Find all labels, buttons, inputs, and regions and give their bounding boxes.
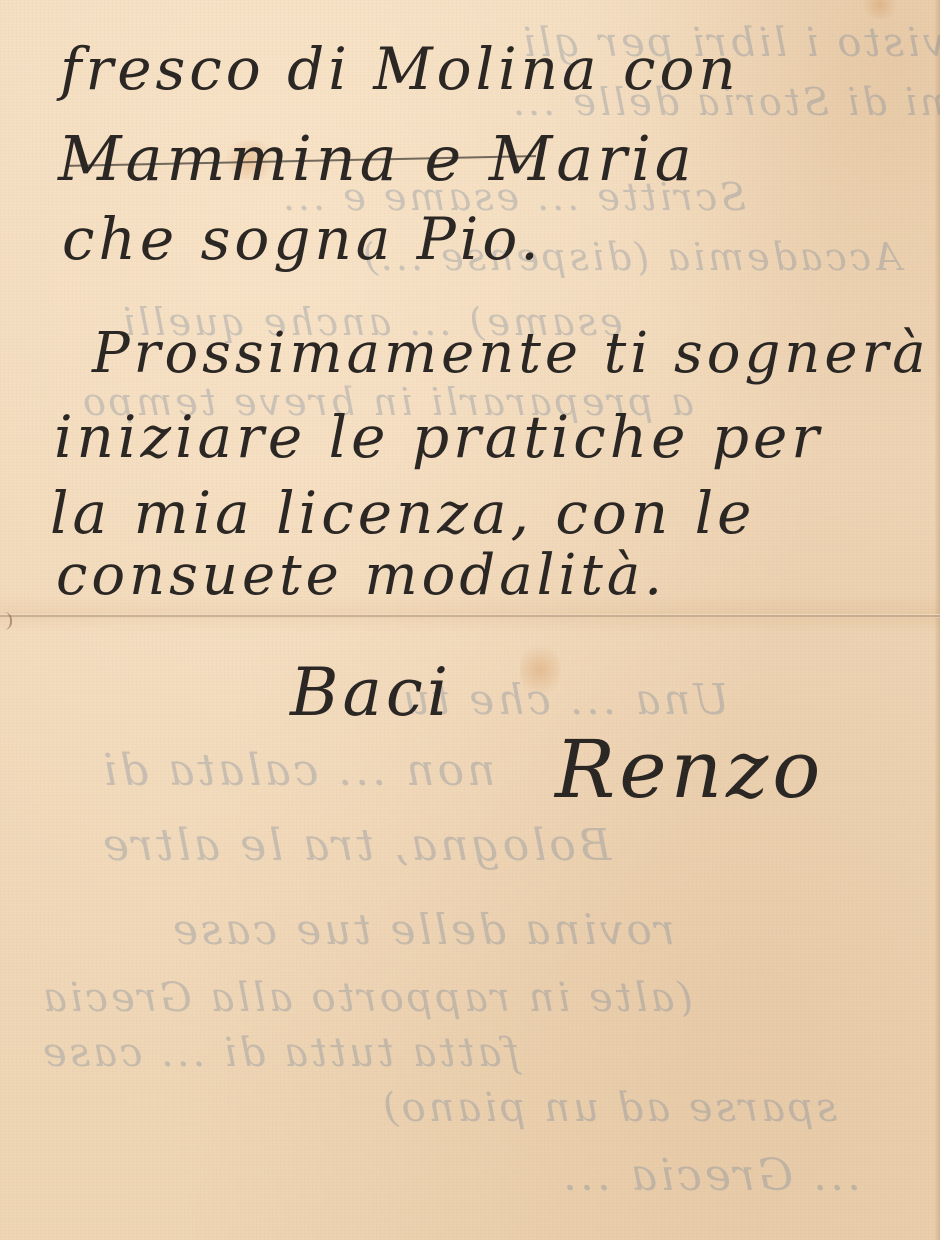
letter-line: Prossimamente ti sognerà: [92, 326, 930, 382]
letter-closing: Baci: [290, 660, 452, 726]
letter-line: consuete modalità.: [56, 548, 666, 604]
bleed-through-line: fatta tutta di ... case: [40, 1030, 519, 1076]
letter-line: la mia licenza, con le: [50, 484, 755, 542]
bleed-through-line: (alte in rapporto alla Grecia: [40, 975, 693, 1021]
paper-stain: [860, 0, 900, 20]
bleed-through-line: rovina delle tue case: [170, 905, 675, 954]
fold-crease: [0, 614, 940, 618]
bleed-through-line: sparse ad un piano): [380, 1085, 837, 1131]
paper-edge: [934, 0, 940, 1240]
letter-page: Ora ho visto i libri per gli esami di St…: [0, 0, 940, 1240]
bleed-through-line: Bologna, tra le altre: [100, 820, 611, 871]
paper-stain: [520, 640, 560, 700]
bleed-through-line: ... Grecia ...: [560, 1150, 861, 1201]
letter-line: che sogna Pio.: [62, 210, 543, 268]
letter-line: iniziare le pratiche per: [54, 408, 823, 466]
bleed-through-line: non ... calata di: [100, 745, 495, 796]
fold-notch: [0, 612, 12, 630]
letter-signature: Renzo: [555, 730, 824, 810]
letter-line: fresco di Molina con: [60, 40, 740, 98]
